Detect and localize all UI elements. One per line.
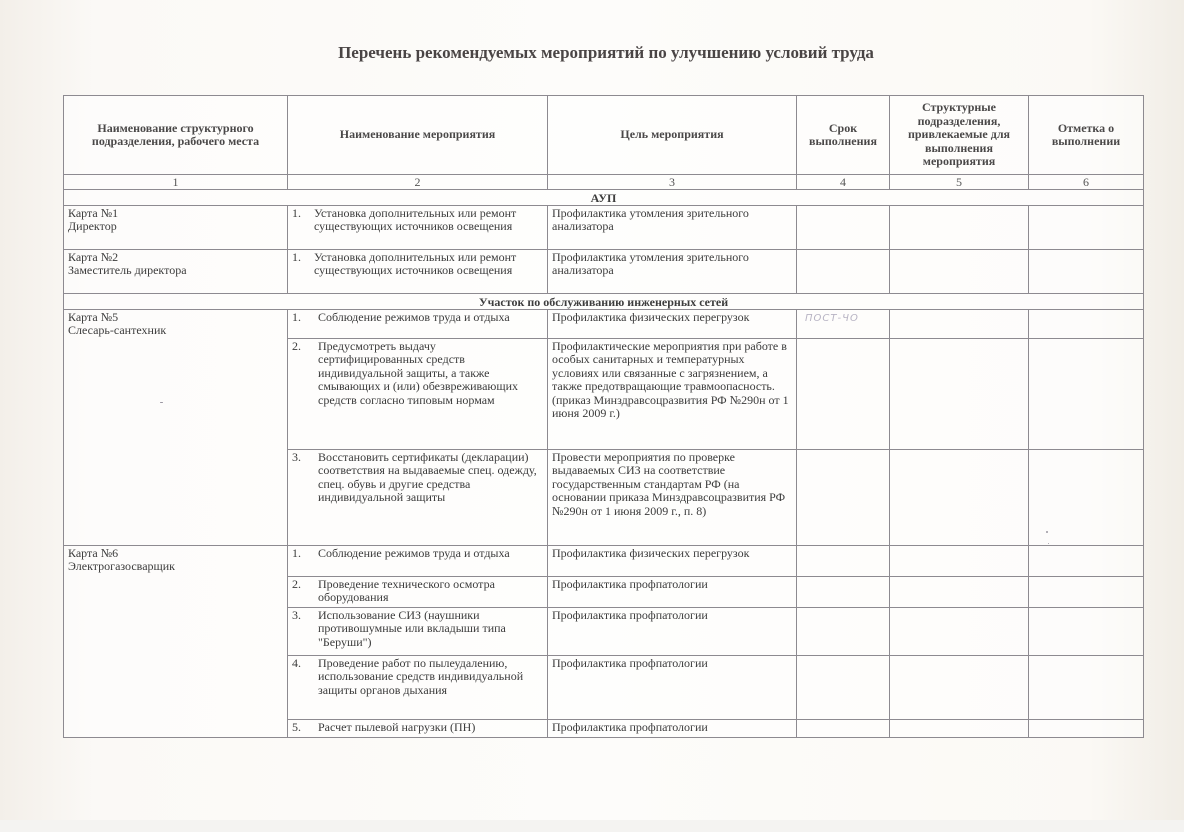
mark-cell[interactable] xyxy=(1029,310,1144,339)
handwritten-note: ПОСТ-ЧО xyxy=(801,313,859,324)
scan-speck xyxy=(1048,543,1049,544)
column-number: 2 xyxy=(288,175,548,190)
workplace-cell: Карта №6 Электрогазосварщик xyxy=(64,546,288,738)
mark-cell[interactable] xyxy=(1029,720,1144,738)
header-mark: Отметка о выполнении xyxy=(1029,96,1144,175)
measure-number: 4. xyxy=(292,657,318,697)
goal-cell: Профилактика профпатологии xyxy=(548,720,797,738)
position-name: Электрогазосварщик xyxy=(68,560,283,573)
scan-edge xyxy=(0,820,1184,832)
table-row: Карта №1 Директор 1.Установка дополнител… xyxy=(64,206,1144,250)
section-title: Участок по обслуживанию инженерных сетей xyxy=(64,294,1144,310)
measure-cell: 2.Предусмотреть выдачу сертифицированных… xyxy=(288,339,548,450)
measure-text: Восстановить сертификаты (декларации) со… xyxy=(318,451,543,505)
mark-cell[interactable] xyxy=(1029,656,1144,720)
workplace-cell: Карта №5 Слесарь-сантехник xyxy=(64,310,288,546)
goal-cell: Профилактика физических перегрузок xyxy=(548,310,797,339)
section-title: АУП xyxy=(64,190,1144,206)
measure-cell: 1.Установка дополнительных или ремонт су… xyxy=(288,206,548,250)
goal-cell: Профилактика физических перегрузок xyxy=(548,546,797,577)
scan-speck xyxy=(160,402,163,403)
goal-cell: Профилактика профпатологии xyxy=(548,656,797,720)
column-number: 5 xyxy=(890,175,1029,190)
card-number: Карта №6 xyxy=(68,547,283,560)
deadline-cell[interactable] xyxy=(797,206,890,250)
section-row: Участок по обслуживанию инженерных сетей xyxy=(64,294,1144,310)
card-number: Карта №5 xyxy=(68,311,283,324)
deadline-cell[interactable] xyxy=(797,656,890,720)
deadline-cell[interactable] xyxy=(797,250,890,294)
table-row: Карта №2 Заместитель директора 1.Установ… xyxy=(64,250,1144,294)
deadline-cell[interactable]: ПОСТ-ЧО xyxy=(797,310,890,339)
measure-number: 2. xyxy=(292,340,318,407)
measure-number: 2. xyxy=(292,578,318,605)
measure-cell: 2.Проведение технического осмотра оборуд… xyxy=(288,577,548,608)
section-row: АУП xyxy=(64,190,1144,206)
deadline-cell[interactable] xyxy=(797,577,890,608)
header-departments: Структурные подразделения, привлекаемые … xyxy=(890,96,1029,175)
measure-number: 5. xyxy=(292,721,318,734)
deadline-cell[interactable] xyxy=(797,608,890,656)
mark-cell[interactable] xyxy=(1029,608,1144,656)
column-number: 6 xyxy=(1029,175,1144,190)
measure-text: Использование СИЗ (наушники противошумны… xyxy=(318,609,543,649)
measure-cell: 1.Соблюдение режимов труда и отдыха xyxy=(288,546,548,577)
measure-cell: 1.Соблюдение режимов труда и отдыха xyxy=(288,310,548,339)
card-number: Карта №2 xyxy=(68,251,283,264)
workplace-cell: Карта №2 Заместитель директора xyxy=(64,250,288,294)
goal-cell: Профилактика профпатологии xyxy=(548,577,797,608)
measure-number: 3. xyxy=(292,609,318,649)
measure-number: 1. xyxy=(292,311,318,324)
measure-text: Предусмотреть выдачу сертифицированных с… xyxy=(318,340,543,407)
table-row: Карта №6 Электрогазосварщик 1.Соблюдение… xyxy=(64,546,1144,577)
header-deadline: Срок выполнения xyxy=(797,96,890,175)
header-row: Наименование структурного подразделения,… xyxy=(64,96,1144,175)
header-measure: Наименование мероприятия xyxy=(288,96,548,175)
departments-cell[interactable] xyxy=(890,546,1029,577)
column-number: 1 xyxy=(64,175,288,190)
measure-cell: 4.Проведение работ по пылеудалению, испо… xyxy=(288,656,548,720)
measure-text: Проведение технического осмотра оборудов… xyxy=(318,578,543,605)
measure-cell: 5.Расчет пылевой нагрузки (ПН) xyxy=(288,720,548,738)
column-number: 3 xyxy=(548,175,797,190)
measure-number: 1. xyxy=(292,251,314,278)
mark-cell[interactable] xyxy=(1029,546,1144,577)
workplace-cell: Карта №1 Директор xyxy=(64,206,288,250)
measure-text: Установка дополнительных или ремонт суще… xyxy=(314,207,543,234)
measure-text: Проведение работ по пылеудалению, исполь… xyxy=(318,657,543,697)
measure-number: 1. xyxy=(292,547,318,560)
departments-cell[interactable] xyxy=(890,450,1029,546)
column-number-row: 1 2 3 4 5 6 xyxy=(64,175,1144,190)
header-goal: Цель мероприятия xyxy=(548,96,797,175)
goal-cell: Провести мероприятия по проверке выдавае… xyxy=(548,450,797,546)
departments-cell[interactable] xyxy=(890,720,1029,738)
departments-cell[interactable] xyxy=(890,339,1029,450)
departments-cell[interactable] xyxy=(890,656,1029,720)
mark-cell[interactable] xyxy=(1029,577,1144,608)
table-row: Карта №5 Слесарь-сантехник 1.Соблюдение … xyxy=(64,310,1144,339)
departments-cell[interactable] xyxy=(890,577,1029,608)
goal-cell: Профилактика утомления зрительного анали… xyxy=(548,206,797,250)
measure-text: Соблюдение режимов труда и отдыха xyxy=(318,547,543,560)
departments-cell[interactable] xyxy=(890,250,1029,294)
document-title: Перечень рекомендуемых мероприятий по ул… xyxy=(0,43,1184,63)
departments-cell[interactable] xyxy=(890,608,1029,656)
measure-cell: 3.Использование СИЗ (наушники противошум… xyxy=(288,608,548,656)
deadline-cell[interactable] xyxy=(797,450,890,546)
position-name: Директор xyxy=(68,220,283,233)
deadline-cell[interactable] xyxy=(797,546,890,577)
measure-text: Расчет пылевой нагрузки (ПН) xyxy=(318,721,543,734)
measure-cell: 3.Восстановить сертификаты (декларации) … xyxy=(288,450,548,546)
mark-cell[interactable] xyxy=(1029,339,1144,450)
column-number: 4 xyxy=(797,175,890,190)
goal-cell: Профилактика утомления зрительного анали… xyxy=(548,250,797,294)
measures-table: Наименование структурного подразделения,… xyxy=(63,95,1144,738)
goal-cell: Профилактические мероприятия при работе … xyxy=(548,339,797,450)
position-name: Слесарь-сантехник xyxy=(68,324,283,337)
measure-number: 3. xyxy=(292,451,318,505)
position-name: Заместитель директора xyxy=(68,264,283,277)
deadline-cell[interactable] xyxy=(797,339,890,450)
measure-cell: 1.Установка дополнительных или ремонт су… xyxy=(288,250,548,294)
deadline-cell[interactable] xyxy=(797,720,890,738)
measure-text: Соблюдение режимов труда и отдыха xyxy=(318,311,543,324)
mark-cell[interactable] xyxy=(1029,250,1144,294)
header-workplace: Наименование структурного подразделения,… xyxy=(64,96,288,175)
departments-cell[interactable] xyxy=(890,310,1029,339)
measure-text: Установка дополнительных или ремонт суще… xyxy=(314,251,543,278)
departments-cell[interactable] xyxy=(890,206,1029,250)
goal-cell: Профилактика профпатологии xyxy=(548,608,797,656)
card-number: Карта №1 xyxy=(68,207,283,220)
scan-speck xyxy=(1046,531,1048,533)
mark-cell[interactable] xyxy=(1029,206,1144,250)
measure-number: 1. xyxy=(292,207,314,234)
